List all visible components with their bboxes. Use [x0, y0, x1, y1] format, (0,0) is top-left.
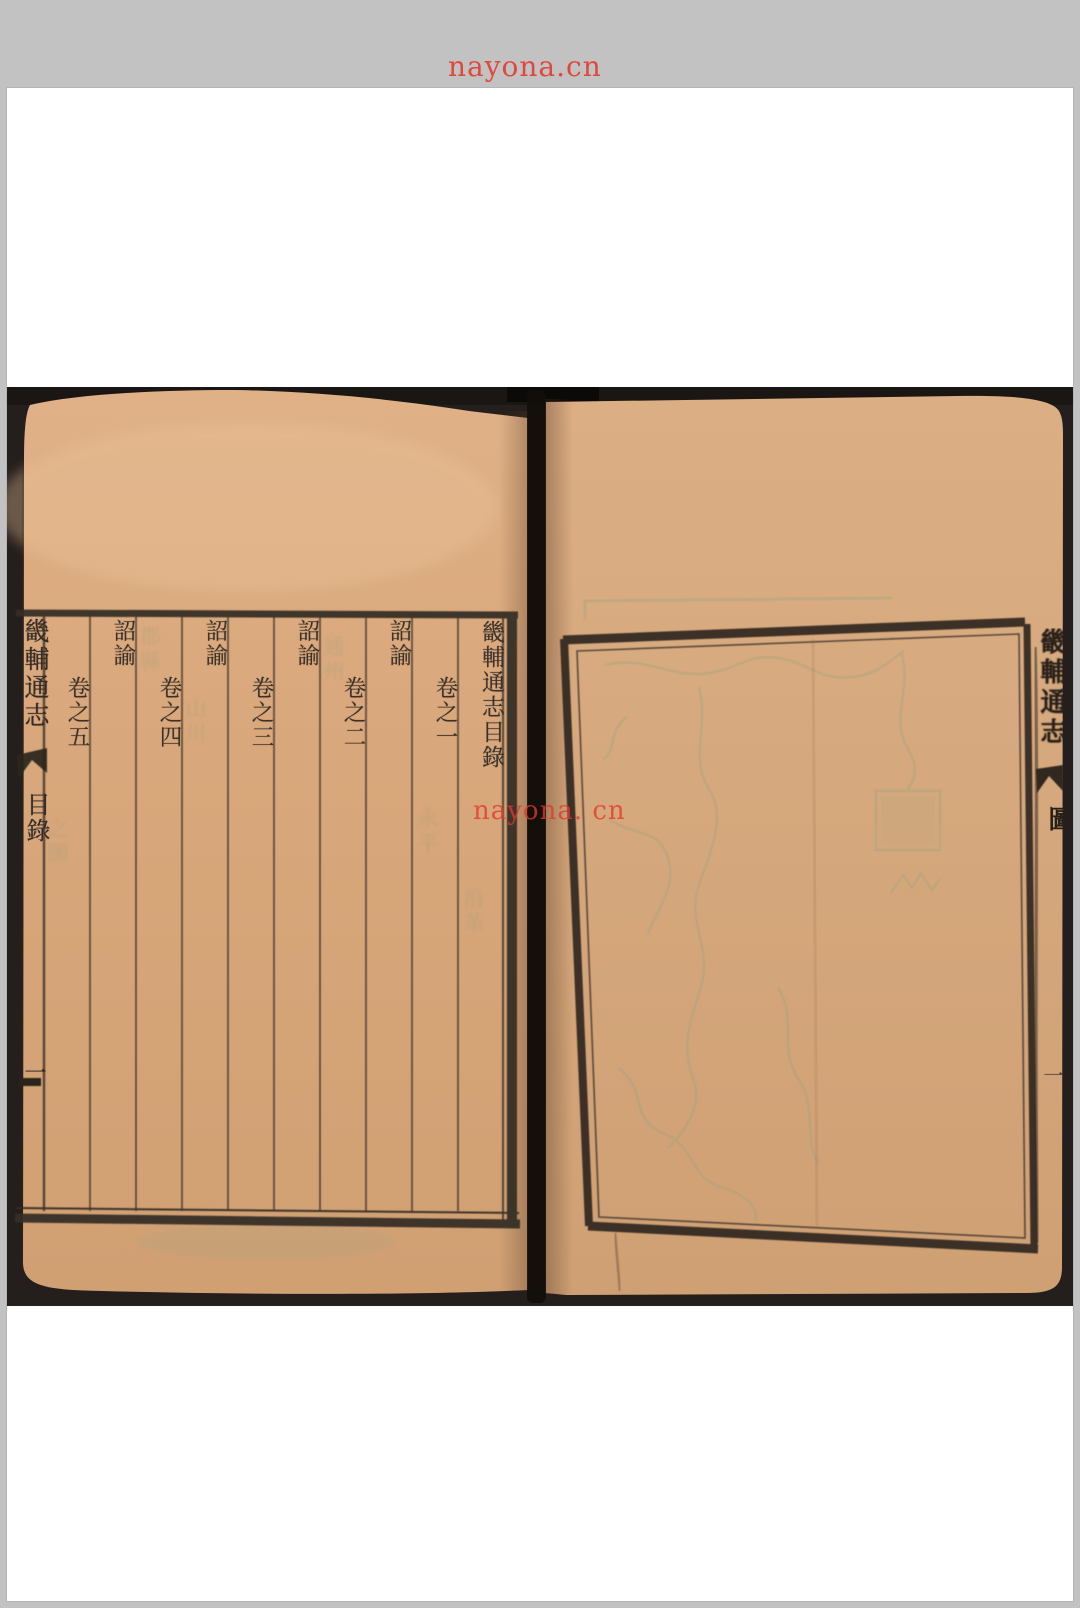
bleed-text-5: 山川 [184, 697, 205, 747]
toc-volume-3: 卷之三 [230, 676, 272, 750]
map-bleed-city-tint [881, 796, 935, 845]
toc-section-4: 詔諭 [92, 619, 134, 668]
right-spine-title: 畿輔通志 [1037, 628, 1064, 748]
bleed-text-6: 之圖 [46, 817, 67, 867]
left-spine-tail-block [19, 1078, 41, 1086]
toc-section-1: 詔諭 [368, 619, 410, 668]
bleed-text-1: 沿革 [462, 887, 483, 937]
toc-volume-4: 卷之四 [138, 676, 180, 750]
bleed-text-2: 永平 [416, 807, 437, 857]
toc-section-2: 詔諭 [276, 619, 318, 668]
toc-volume-1: 卷之一 [414, 676, 456, 750]
left-spine-title: 畿輔通志 [18, 618, 48, 730]
book-photo: 畿輔通志目錄 卷之一 詔諭 卷之二 詔諭 卷之三 詔諭 卷之四 詔諭 卷之五 畿… [7, 387, 1073, 1306]
right-page-paper [545, 396, 1063, 1295]
bleed-text-3: 通州 [322, 635, 343, 685]
right-page-number: 一 [1040, 1065, 1062, 1085]
toc-title-column: 畿輔通志目錄 [460, 620, 503, 770]
watermark-middle: nayona. cn [473, 796, 626, 826]
bleed-text-4: 郡縣 [138, 625, 159, 675]
left-spine-section: 目錄 [18, 792, 48, 844]
scanned-sheet: 畿輔通志目錄 卷之一 詔諭 卷之二 詔諭 卷之三 詔諭 卷之四 詔諭 卷之五 畿… [7, 88, 1073, 1601]
left-page-paper [7, 390, 528, 1294]
right-spine-section: 圖 [1046, 806, 1064, 831]
toc-volume-5: 卷之五 [46, 676, 88, 750]
right-spine-section-clip: 圖 [1046, 806, 1064, 840]
scan-viewer: nayona.cn [0, 0, 1080, 1608]
book-scan-graphic [7, 387, 1073, 1306]
book-gutter [527, 391, 546, 1303]
right-spine-title-clip: 畿輔通志 [1037, 628, 1064, 758]
watermark-top: nayona.cn [448, 50, 602, 83]
toc-section-3: 詔諭 [184, 619, 226, 668]
toc-volume-2: 卷之二 [322, 676, 364, 750]
